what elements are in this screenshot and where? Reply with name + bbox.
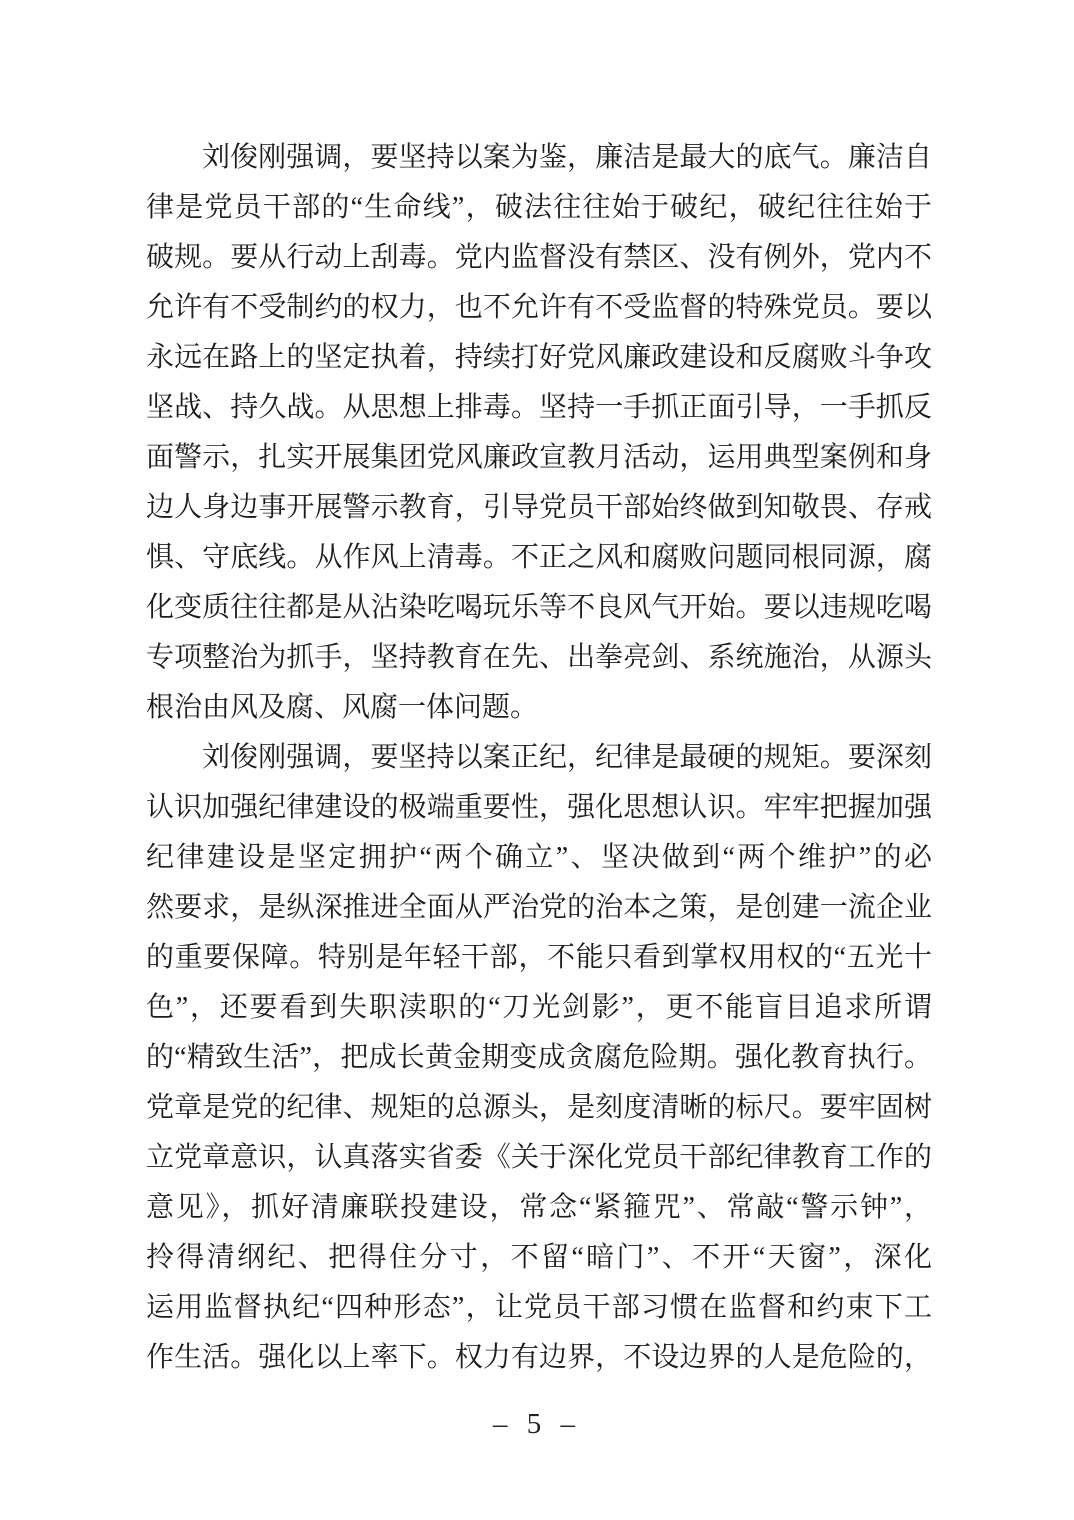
text-line: 面警示，扎实开展集团党风廉政宣教月活动，运用典型案例和身 [146,433,932,483]
text-line: 允许有不受制约的权力，也不允许有不受监督的特殊党员。要以 [146,283,932,333]
text-line: 专项整治为抓手，坚持教育在先、出拳亮剑、系统施治，从源头 [146,633,932,683]
text-line: 的重要保障。特别是年轻干部，不能只看到掌权用权的“五光十 [146,933,932,983]
text-line: 的“精致生活”，把成长黄金期变成贪腐危险期。强化教育执行。 [146,1033,932,1083]
text-line: 律是党员干部的“生命线”，破法往往始于破纪，破纪往往始于 [146,183,932,233]
paragraph: 刘俊刚强调，要坚持以案正纪，纪律是最硬的规矩。要深刻认识加强纪律建设的极端重要性… [146,733,932,1383]
text-line: 永远在路上的坚定执着，持续打好党风廉政建设和反腐败斗争攻 [146,333,932,383]
page-footer: – 5 – [0,1403,1074,1445]
text-line: 认识加强纪律建设的极端重要性，强化思想认识。牢牢把握加强 [146,783,932,833]
text-line: 根治由风及腐、风腐一体问题。 [146,683,932,733]
text-line: 然要求，是纵深推进全面从严治党的治本之策，是创建一流企业 [146,883,932,933]
text-line: 化变质往往都是从沾染吃喝玩乐等不良风气开始。要以违规吃喝 [146,583,932,633]
text-line: 边人身边事开展警示教育，引导党员干部始终做到知敬畏、存戒 [146,483,932,533]
text-line: 色”，还要看到失职渎职的“刀光剑影”，更不能盲目追求所谓 [146,983,932,1033]
text-line: 刘俊刚强调，要坚持以案正纪，纪律是最硬的规矩。要深刻 [146,733,932,783]
text-line: 拎得清纲纪、把得住分寸，不留“暗门”、不开“天窗”，深化 [146,1233,932,1283]
text-line: 刘俊刚强调，要坚持以案为鉴，廉洁是最大的底气。廉洁自 [146,133,932,183]
text-line: 运用监督执纪“四种形态”，让党员干部习惯在监督和约束下工 [146,1283,932,1333]
text-line: 作生活。强化以上率下。权力有边界，不设边界的人是危险的， [146,1333,932,1383]
document-page: 刘俊刚强调，要坚持以案为鉴，廉洁是最大的底气。廉洁自律是党员干部的“生命线”，破… [0,0,1074,1520]
text-line: 纪律建设是坚定拥护“两个确立”、坚决做到“两个维护”的必 [146,833,932,883]
text-line: 立党章意识，认真落实省委《关于深化党员干部纪律教育工作的 [146,1133,932,1183]
document-body: 刘俊刚强调，要坚持以案为鉴，廉洁是最大的底气。廉洁自律是党员干部的“生命线”，破… [146,133,932,1383]
page-number: – 5 – [493,1403,581,1445]
text-line: 破规。要从行动上刮毒。党内监督没有禁区、没有例外，党内不 [146,233,932,283]
paragraph: 刘俊刚强调，要坚持以案为鉴，廉洁是最大的底气。廉洁自律是党员干部的“生命线”，破… [146,133,932,733]
text-line: 党章是党的纪律、规矩的总源头，是刻度清晰的标尺。要牢固树 [146,1083,932,1133]
text-line: 坚战、持久战。从思想上排毒。坚持一手抓正面引导，一手抓反 [146,383,932,433]
text-line: 意见》，抓好清廉联投建设，常念“紧箍咒”、常敲“警示钟”， [146,1183,932,1233]
text-line: 惧、守底线。从作风上清毒。不正之风和腐败问题同根同源，腐 [146,533,932,583]
